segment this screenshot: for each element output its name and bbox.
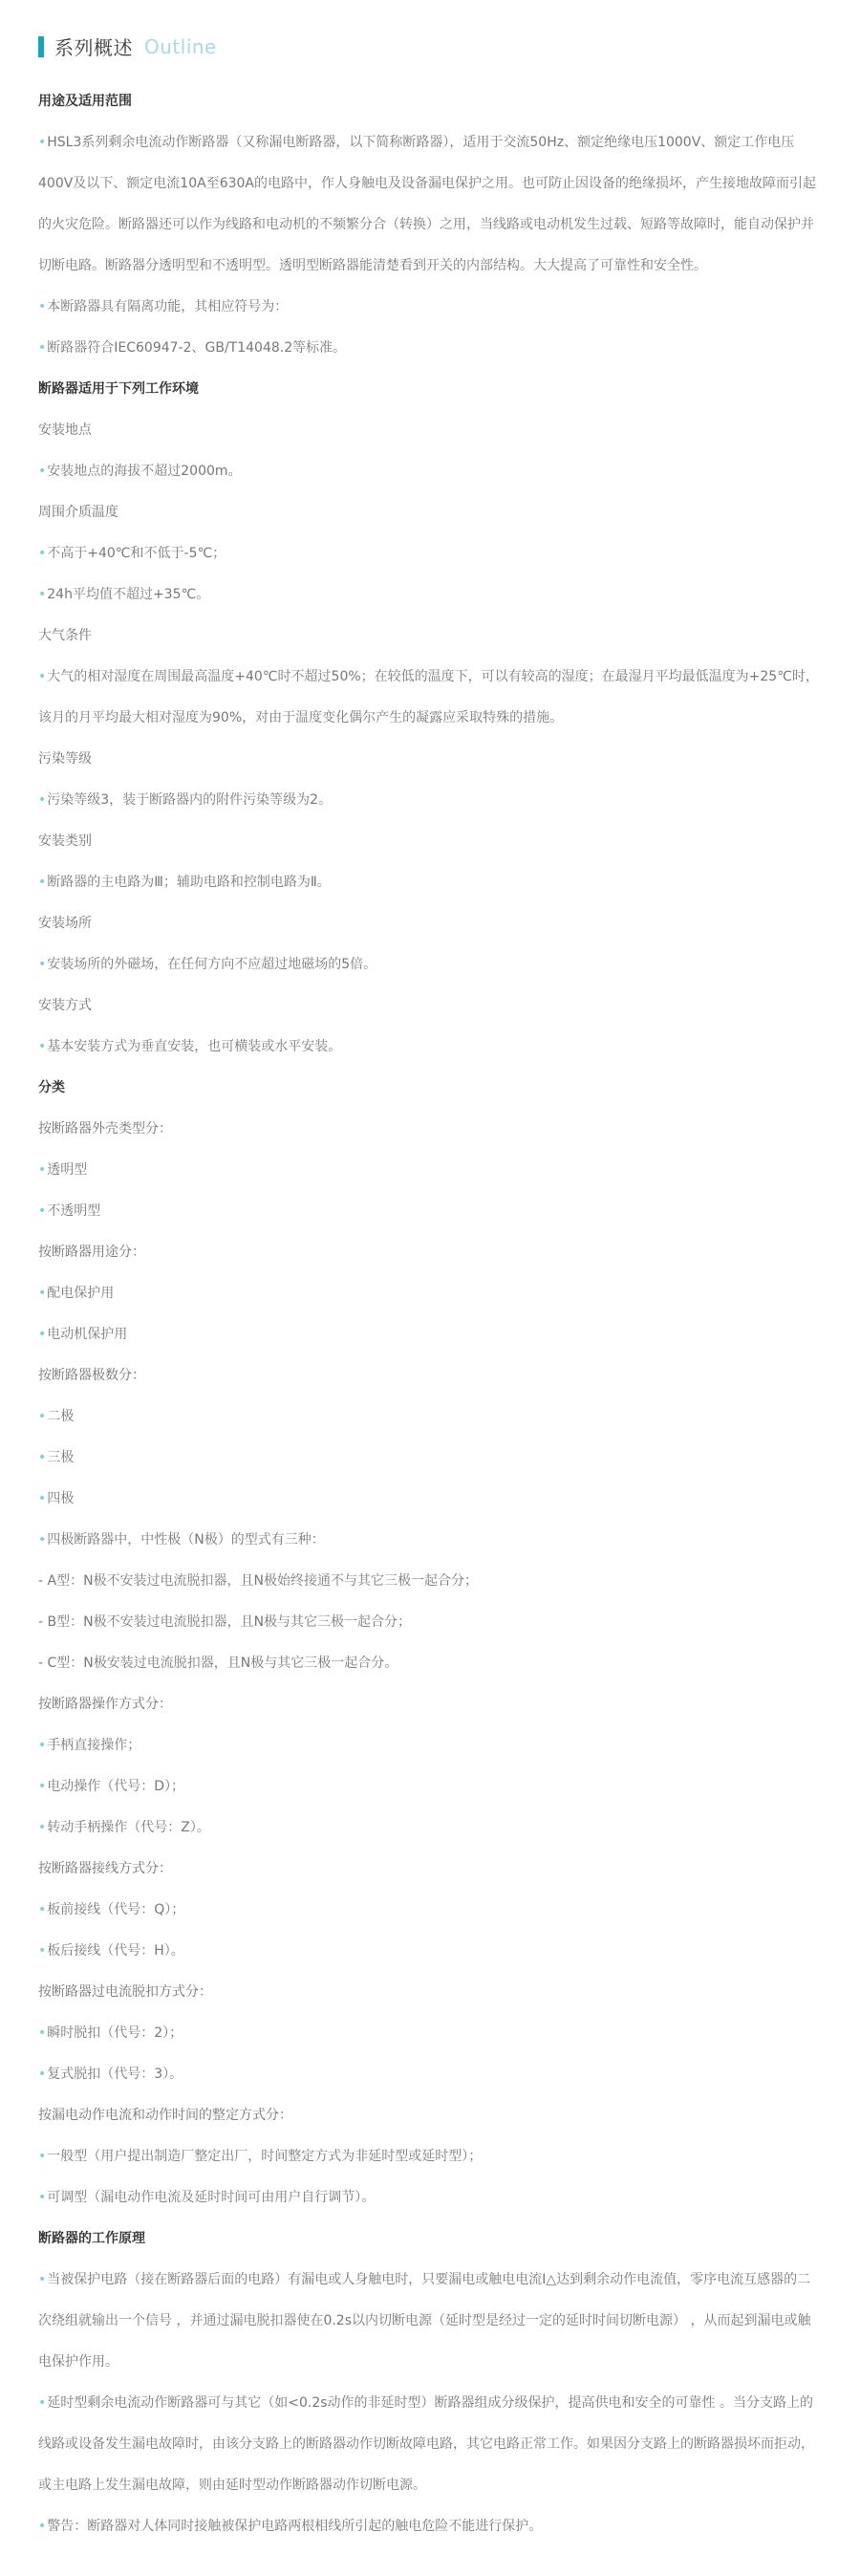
bullet-dot-icon: • [38,1286,46,1301]
bullet-dot-icon: • [38,875,46,890]
bullet-item: •HSL3系列剩余电流动作断路器（又称漏电断路器，以下简称断路器），适用于交流5… [38,122,822,287]
bullet-item: •三极 [38,1438,822,1479]
bullet-item: •二极 [38,1396,822,1438]
bullet-text: 二极 [47,1409,74,1424]
bullet-text: 瞬时脱扣（代号：2）； [47,2025,183,2041]
bullet-item: •四极 [38,1479,822,1520]
bullet-item: •污染等级3，装于断路器内的附件污染等级为2。 [38,780,822,821]
dash-item: - B型：N极不安装过电流脱扣器，且N极与其它三极一起合分； [38,1602,822,1643]
bullet-text: 板前接线（代号：Q）； [47,1902,184,1917]
bullet-dot-icon: • [38,1820,46,1835]
bullet-text: 大气的相对湿度在周围最高温度+40℃时不超过50%；在较低的温度下，可以有较高的… [38,669,819,725]
classification-label: 按漏电动作电流和动作时间的整定方式分： [38,2095,822,2136]
bullet-item: •不透明型 [38,1191,822,1232]
bullet-item: •断路器符合IEC60947-2、GB/T14048.2等标准。 [38,328,822,369]
bullet-item: •警告：断路器对人体同时接触被保护电路两根相线所引起的触电危险不能进行保护。 [38,2506,822,2547]
bullet-item: •板前接线（代号：Q）； [38,1890,822,1931]
classification-label: 按断路器用途分： [38,1232,822,1273]
bullet-text: 三极 [47,1450,74,1465]
bullet-dot-icon: • [38,2190,46,2205]
bullet-text: 透明型 [47,1162,87,1178]
classification-label: 按断路器极数分： [38,1355,822,1396]
bullet-item: •24h平均值不超过+35℃。 [38,574,822,616]
section-heading: 断路器的工作原理 [38,2219,822,2260]
bullet-dot-icon: • [38,2149,46,2164]
bullet-item: •转动手柄操作（代号：Z）。 [38,1808,822,1849]
bullet-item: •本断路器具有隔离功能，其相应符号为： [38,287,822,328]
bullet-dot-icon: • [38,1491,46,1506]
bullet-item: •手柄直接操作； [38,1725,822,1766]
bullet-item: •配电保护用 [38,1273,822,1314]
bullet-text: 当被保护电路（接在断路器后面的电路）有漏电或人身触电时，只要漏电或触电电流I△达… [38,2272,810,2370]
bullet-text: 板后接线（代号：H）。 [47,1943,184,1959]
bullet-text: HSL3系列剩余电流动作断路器（又称漏电断路器，以下简称断路器），适用于交流50… [38,135,816,273]
classification-label: 大气条件 [38,616,822,657]
bullet-dot-icon: • [38,299,46,314]
bullet-item: •电动操作（代号：D）； [38,1766,822,1808]
bullet-dot-icon: • [38,1162,46,1178]
bullet-dot-icon: • [38,1532,46,1548]
bullet-text: 延时型剩余电流动作断路器可与其它（如<0.2s动作的非延时型）断路器组成分级保护… [38,2395,814,2493]
bullet-dot-icon: • [38,1779,46,1794]
classification-label: 安装类别 [38,821,822,862]
accent-bar-icon [38,36,44,57]
bullet-dot-icon: • [38,1902,46,1917]
bullet-dot-icon: • [38,135,46,150]
bullet-dot-icon: • [38,1039,46,1054]
document-page: 系列概述 Outline 用途及适用范围•HSL3系列剩余电流动作断路器（又称漏… [0,0,860,2576]
dash-item: - A型：N极不安装过电流脱扣器，且N极始终接通不与其它三极一起合分； [38,1561,822,1602]
bullet-dot-icon: • [38,2395,46,2411]
bullet-item: •基本安装方式为垂直安装，也可横装或水平安装。 [38,1027,822,1068]
bullet-dot-icon: • [38,669,46,684]
bullet-text: 转动手柄操作（代号：Z）。 [47,1820,210,1835]
dash-item: - C型：N极安装过电流脱扣器，且N极与其它三极一起合分。 [38,1643,822,1684]
section-heading: 分类 [38,1068,822,1109]
bullet-dot-icon: • [38,2272,46,2287]
classification-label: 按断路器接线方式分： [38,1849,822,1890]
bullet-text: 四极 [47,1491,74,1506]
bullet-text: 配电保护用 [47,1286,114,1301]
bullet-dot-icon: • [38,2025,46,2041]
content-body: 用途及适用范围•HSL3系列剩余电流动作断路器（又称漏电断路器，以下简称断路器）… [38,81,822,2547]
page-title-en: Outline [144,35,217,58]
section-heading: 用途及适用范围 [38,81,822,122]
bullet-text: 复式脱扣（代号：3）。 [47,2067,183,2082]
classification-label: 安装方式 [38,985,822,1027]
page-title: 系列概述 [54,32,133,60]
classification-label: 周围介质温度 [38,492,822,533]
bullet-item: •板后接线（代号：H）。 [38,1931,822,1972]
bullet-text: 一般型（用户提出制造厂整定出厂，时间整定方式为非延时型或延时型）； [47,2149,482,2164]
bullet-text: 安装地点的海拔不超过2000m。 [47,464,241,479]
classification-label: 安装场所 [38,903,822,944]
classification-label: 安装地点 [38,410,822,451]
bullet-item: •延时型剩余电流动作断路器可与其它（如<0.2s动作的非延时型）断路器组成分级保… [38,2383,822,2506]
bullet-dot-icon: • [38,1327,46,1342]
bullet-dot-icon: • [38,957,46,972]
bullet-item: •四极断路器中，中性极（N极）的型式有三种： [38,1520,822,1561]
classification-label: 污染等级 [38,739,822,780]
bullet-item: •断路器的主电路为Ⅲ；辅助电路和控制电路为Ⅱ。 [38,862,822,903]
bullet-text: 警告：断路器对人体同时接触被保护电路两根相线所引起的触电危险不能进行保护。 [47,2519,542,2534]
section-heading: 断路器适用于下列工作环境 [38,369,822,410]
bullet-item: •大气的相对湿度在周围最高温度+40℃时不超过50%；在较低的温度下，可以有较高… [38,657,822,739]
bullet-item: •一般型（用户提出制造厂整定出厂，时间整定方式为非延时型或延时型）； [38,2136,822,2177]
bullet-dot-icon: • [38,1738,46,1753]
bullet-dot-icon: • [38,1409,46,1424]
bullet-dot-icon: • [38,792,46,808]
bullet-item: •当被保护电路（接在断路器后面的电路）有漏电或人身触电时，只要漏电或触电电流I△… [38,2260,822,2383]
classification-label: 按断路器外壳类型分： [38,1109,822,1150]
bullet-text: 不高于+40℃和不低于-5℃； [47,546,226,561]
bullet-item: •安装地点的海拔不超过2000m。 [38,451,822,492]
bullet-text: 电动机保护用 [47,1327,127,1342]
bullet-dot-icon: • [38,464,46,479]
bullet-text: 手柄直接操作； [47,1738,140,1753]
bullet-text: 四极断路器中，中性极（N极）的型式有三种： [47,1532,324,1548]
bullet-dot-icon: • [38,587,46,602]
bullet-text: 污染等级3，装于断路器内的附件污染等级为2。 [47,792,332,808]
bullet-item: •电动机保护用 [38,1314,822,1355]
bullet-dot-icon: • [38,2067,46,2082]
bullet-text: 安装场所的外磁场，在任何方向不应超过地磁场的5倍。 [47,957,376,972]
bullet-text: 断路器的主电路为Ⅲ；辅助电路和控制电路为Ⅱ。 [47,875,331,890]
bullet-item: •瞬时脱扣（代号：2）； [38,2013,822,2054]
bullet-text: 本断路器具有隔离功能，其相应符号为： [47,299,288,314]
bullet-dot-icon: • [38,546,46,561]
bullet-item: •复式脱扣（代号：3）。 [38,2054,822,2095]
bullet-dot-icon: • [38,340,46,356]
bullet-item: •透明型 [38,1150,822,1191]
classification-label: 按断路器过电流脱扣方式分： [38,1972,822,2013]
bullet-text: 不透明型 [47,1203,100,1219]
bullet-dot-icon: • [38,1943,46,1959]
bullet-item: •安装场所的外磁场，在任何方向不应超过地磁场的5倍。 [38,944,822,985]
bullet-item: •可调型（漏电动作电流及延时时间可由用户自行调节）。 [38,2177,822,2219]
section-header: 系列概述 Outline [38,32,822,60]
bullet-dot-icon: • [38,2519,46,2534]
bullet-text: 24h平均值不超过+35℃。 [47,587,209,602]
bullet-text: 基本安装方式为垂直安装，也可横装或水平安装。 [47,1039,341,1054]
bullet-item: •不高于+40℃和不低于-5℃； [38,533,822,574]
bullet-text: 断路器符合IEC60947-2、GB/T14048.2等标准。 [47,340,346,356]
classification-label: 按断路器操作方式分： [38,1684,822,1725]
bullet-text: 可调型（漏电动作电流及延时时间可由用户自行调节）。 [47,2190,375,2205]
bullet-text: 电动操作（代号：D）； [47,1779,184,1794]
bullet-dot-icon: • [38,1450,46,1465]
bullet-dot-icon: • [38,1203,46,1219]
